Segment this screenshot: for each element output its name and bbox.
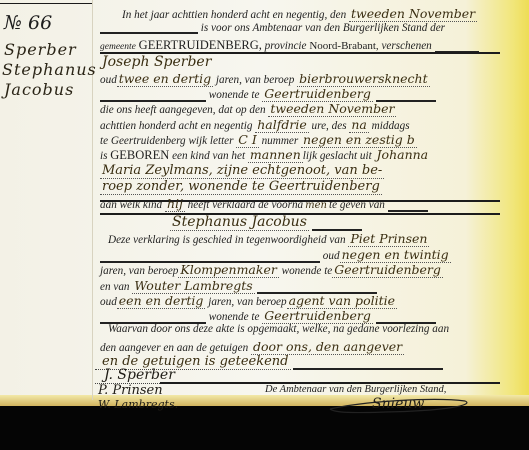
birth-time: halfdrie bbox=[255, 117, 309, 133]
blank-rule bbox=[100, 32, 198, 34]
record-number: № 66 bbox=[4, 12, 52, 34]
province-name: Noord-Brabant, bbox=[309, 40, 378, 52]
signature-witness-1: P. Prinsen bbox=[98, 383, 163, 398]
printed-text: oud bbox=[100, 296, 117, 308]
witness-1-age: negen en twintig bbox=[340, 247, 451, 263]
witness-1-residence: Geertruidenberg bbox=[332, 262, 443, 278]
printed-text: die ons heeft aangegeven, dat op den bbox=[100, 104, 266, 116]
printed-text: wonende te bbox=[209, 89, 260, 101]
printed-text: aan welk kind bbox=[100, 199, 162, 211]
printed-text: GEBOREN bbox=[110, 148, 169, 163]
printed-text: achttien honderd acht en negentig bbox=[100, 120, 252, 132]
printed-text: ure, des bbox=[312, 120, 347, 132]
witness-2-residence: Geertruidenberg bbox=[262, 308, 373, 324]
line-13: aan welk kind hij heeft verklaard de voo… bbox=[100, 196, 500, 216]
printed-text: wonende te bbox=[282, 265, 333, 277]
signature-declarant: J. Sperber bbox=[104, 367, 175, 383]
printed-text: oud bbox=[100, 74, 117, 86]
witness-2-age: een en dertig bbox=[117, 293, 206, 309]
printed-text: verschenen bbox=[381, 40, 431, 52]
mother-given-name: Johanna bbox=[375, 147, 431, 162]
printed-text: te Geertruidenberg wijk letter bbox=[100, 135, 234, 147]
birth-date: tweeden November bbox=[268, 101, 396, 117]
handwritten-date: tweeden November bbox=[349, 6, 477, 22]
printed-text: In het jaar achttien honderd acht en neg… bbox=[122, 9, 346, 21]
mother-name: Maria Zeylmans, zijne echtgenoot, van be… bbox=[100, 163, 384, 179]
printed-text: den aangever en aan de getuigen bbox=[100, 342, 248, 354]
child-given-names: Stephanus Jacobus bbox=[170, 214, 309, 231]
signature-flourish bbox=[325, 393, 475, 415]
afternoon-marker: na bbox=[349, 117, 369, 133]
blank-rule bbox=[388, 210, 428, 212]
declarant-pronoun: hij bbox=[165, 196, 185, 212]
printed-text: gemeente bbox=[100, 42, 136, 52]
printed-text: oud bbox=[323, 250, 340, 262]
printed-text: en van bbox=[100, 281, 130, 293]
signature-witness-2: W. Lambregts. bbox=[98, 398, 178, 411]
margin-top-rule bbox=[0, 3, 92, 4]
printed-text: te geven van bbox=[329, 199, 385, 211]
declarant-occupation: bierbrouwersknecht bbox=[297, 71, 430, 87]
printed-text: jaren, van beroep bbox=[208, 296, 286, 308]
blank-rule bbox=[293, 368, 443, 370]
printed-text: Waarvan door ons deze akte is opgemaakt,… bbox=[108, 323, 449, 335]
margin-given-name-2: Jacobus bbox=[4, 80, 74, 99]
witness-1-name: Piet Prinsen bbox=[348, 231, 429, 247]
declarant-residence: Geertruidenberg bbox=[262, 86, 373, 102]
child-sex: mannen bbox=[248, 147, 303, 163]
printed-text: provincie bbox=[265, 40, 307, 52]
printed-text: jaren, van beroep bbox=[216, 74, 294, 86]
printed-text: is voor ons Ambtenaar van den Burgerlijk… bbox=[201, 22, 445, 34]
correction: men bbox=[303, 200, 329, 211]
printed-text: nummer bbox=[262, 135, 299, 147]
declarant-age: twee en dertig bbox=[117, 71, 213, 87]
printed-text: wonende te bbox=[209, 311, 260, 323]
printed-text: is bbox=[100, 150, 107, 162]
signing-clause: door ons, den aangever bbox=[251, 339, 404, 355]
house-number: negen en zestig b bbox=[301, 132, 417, 148]
mother-residence: roep zonder, wonende te Geertruidenberg bbox=[100, 179, 382, 195]
printed-text: Deze verklaring is geschied in tegenwoor… bbox=[108, 234, 346, 246]
margin-given-name-1: Stephanus bbox=[2, 60, 97, 79]
witness-2-occupation: agent van politie bbox=[287, 293, 397, 309]
witness-2-name: Wouter Lambregts bbox=[132, 278, 254, 294]
printed-text: jaren, van beroep bbox=[100, 265, 178, 277]
printed-text: lijk geslacht uit bbox=[303, 150, 372, 162]
witness-1-occupation: Klompenmaker bbox=[178, 262, 278, 278]
margin-surname: Sperber bbox=[4, 40, 77, 59]
printed-text: een kind van het bbox=[172, 150, 245, 162]
municipality-name: GEERTRUIDENBERG, bbox=[139, 38, 262, 53]
printed-text: middags bbox=[372, 120, 410, 132]
ward-letter: C I bbox=[236, 132, 258, 148]
declarant-name: Joseph Sperber bbox=[100, 54, 213, 70]
printed-text: heeft verklaard de voorna bbox=[188, 199, 303, 211]
